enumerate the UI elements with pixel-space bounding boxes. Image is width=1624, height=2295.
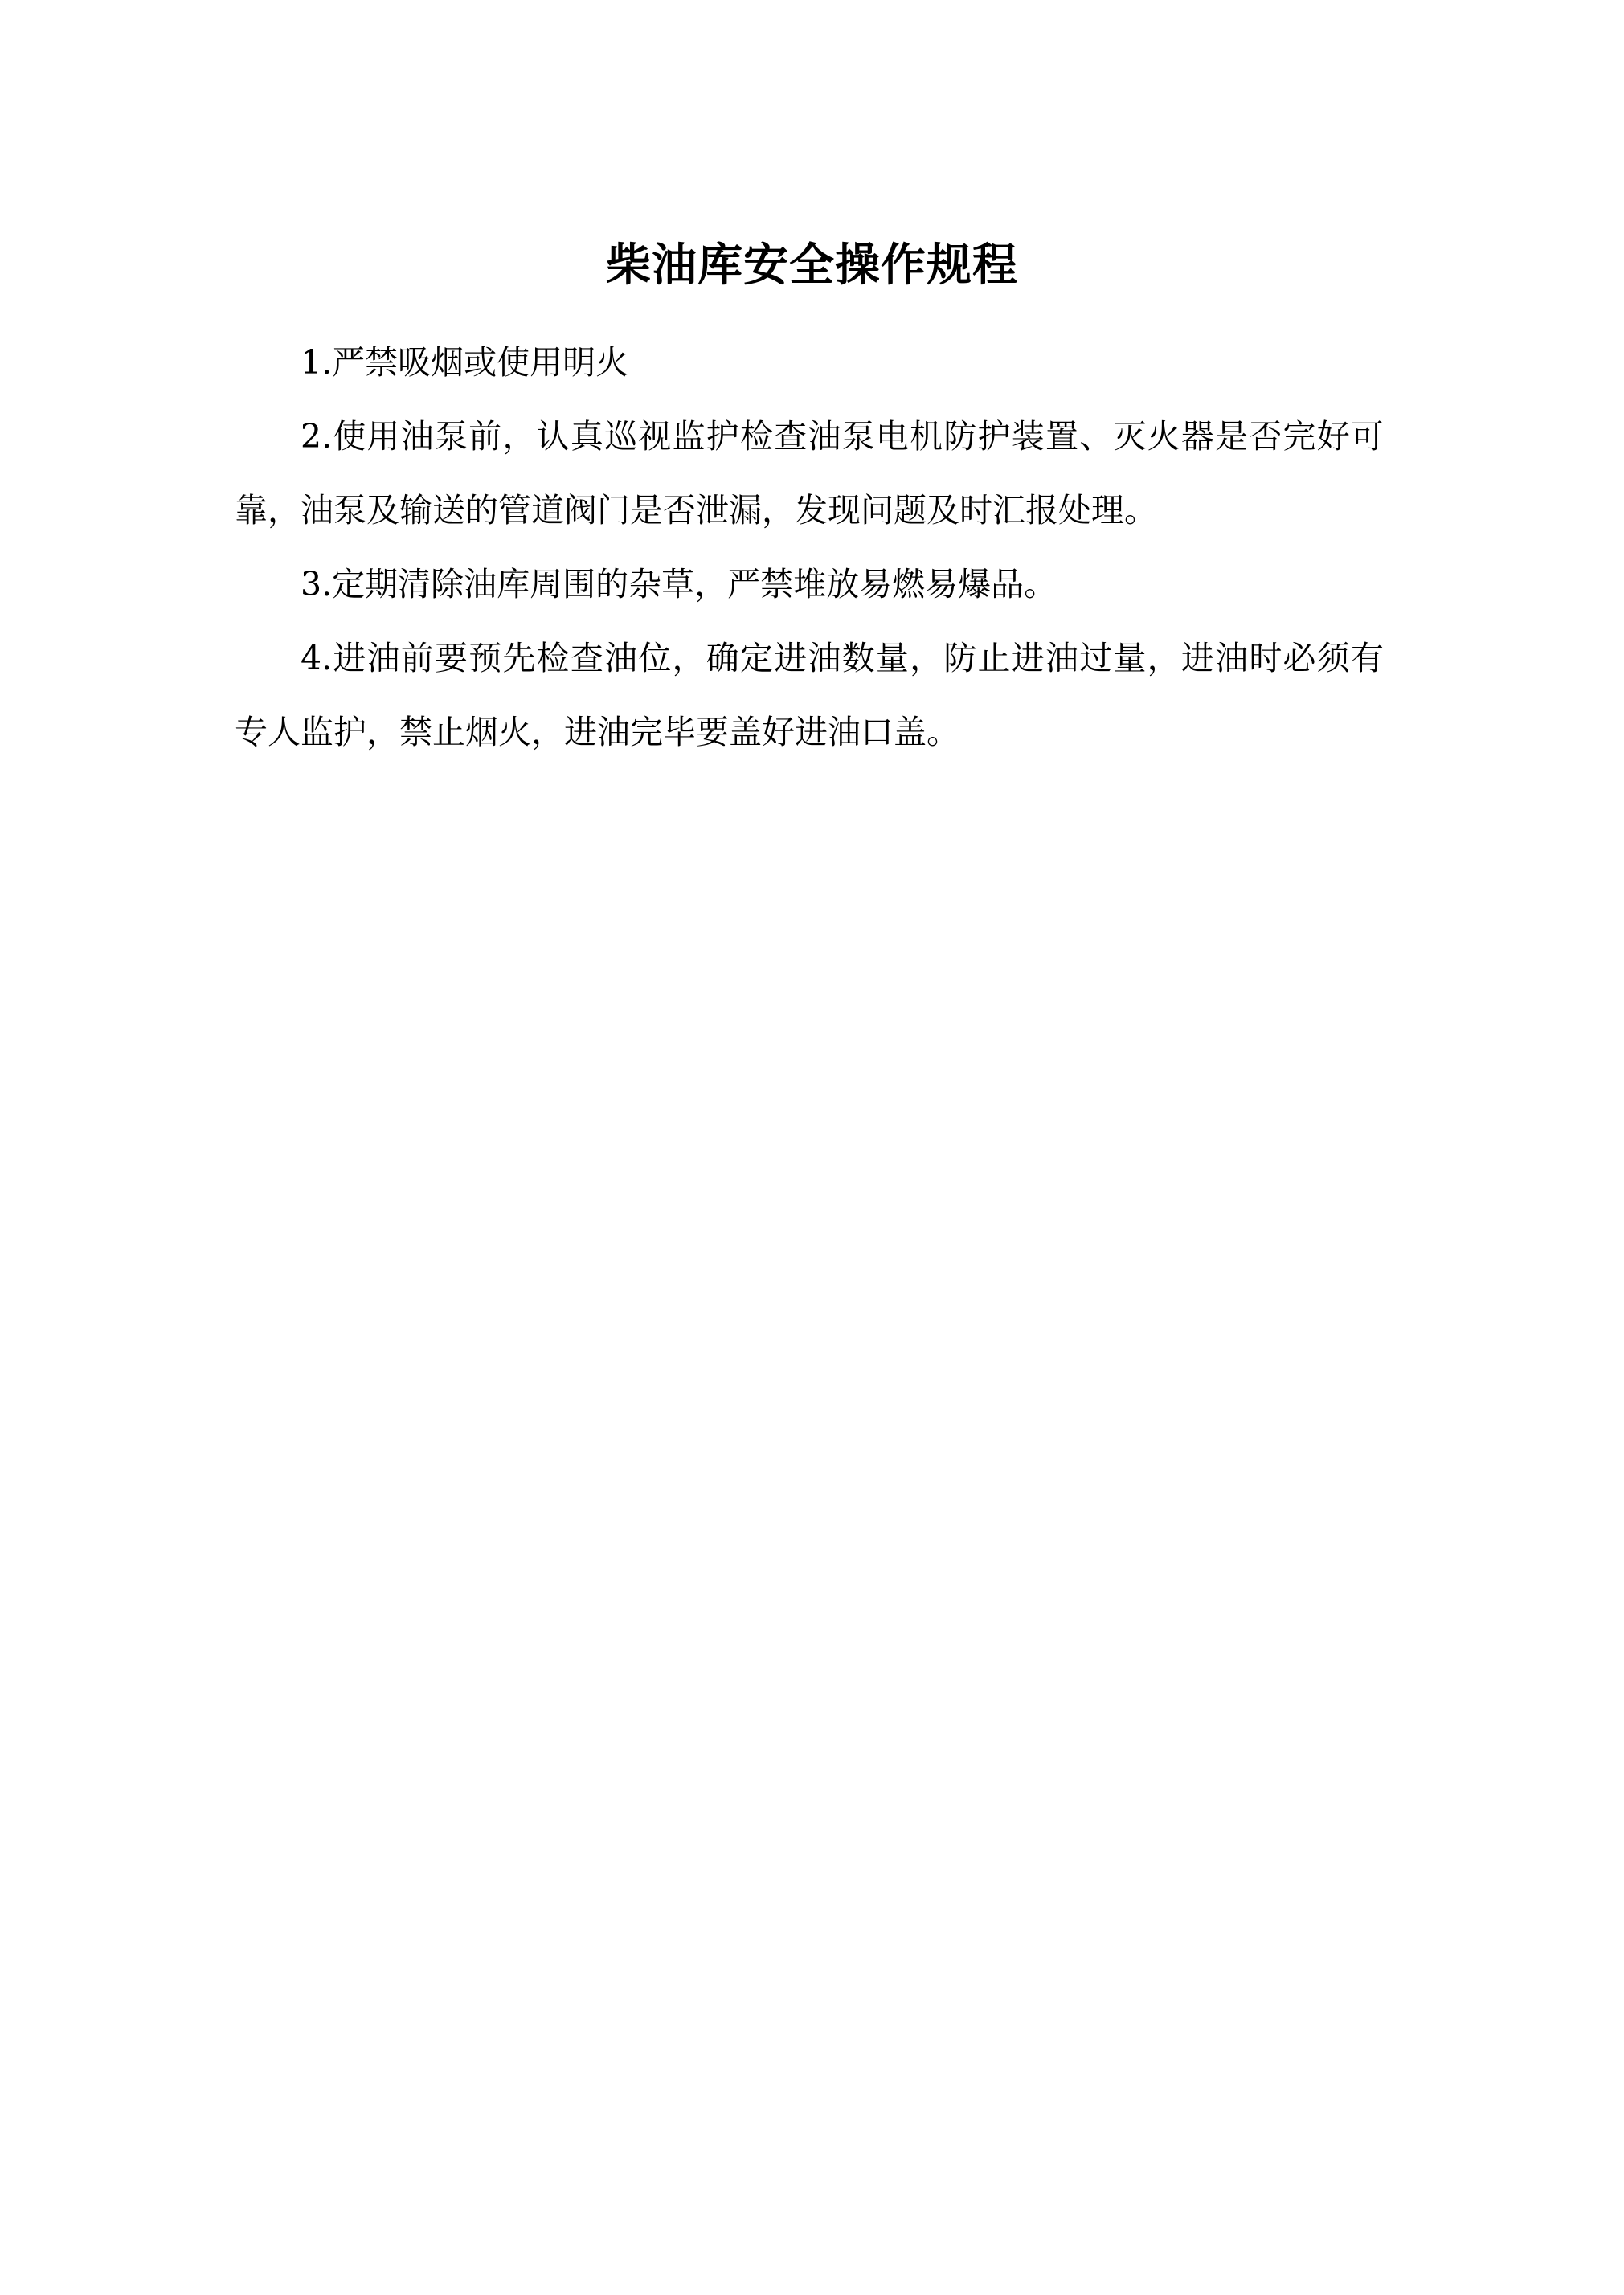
document-body: 1.严禁吸烟或使用明火 2.使用油泵前，认真巡视监护检查油泵电机防护装置、灭火器… — [235, 325, 1384, 769]
document-page: 柴油库安全操作规程 1.严禁吸烟或使用明火 2.使用油泵前，认真巡视监护检查油泵… — [0, 0, 1624, 2295]
rule-paragraph-3: 3.定期清除油库周围的杂草，严禁堆放易燃易爆品。 — [235, 547, 1384, 621]
document-title: 柴油库安全操作规程 — [0, 233, 1624, 297]
rule-paragraph-2: 2.使用油泵前，认真巡视监护检查油泵电机防护装置、灭火器是否完好可靠，油泵及输送… — [235, 399, 1384, 547]
rule-paragraph-1: 1.严禁吸烟或使用明火 — [235, 325, 1384, 399]
rule-paragraph-4: 4.进油前要预先检查油位，确定进油数量，防止进油过量，进油时必须有专人监护，禁止… — [235, 621, 1384, 769]
